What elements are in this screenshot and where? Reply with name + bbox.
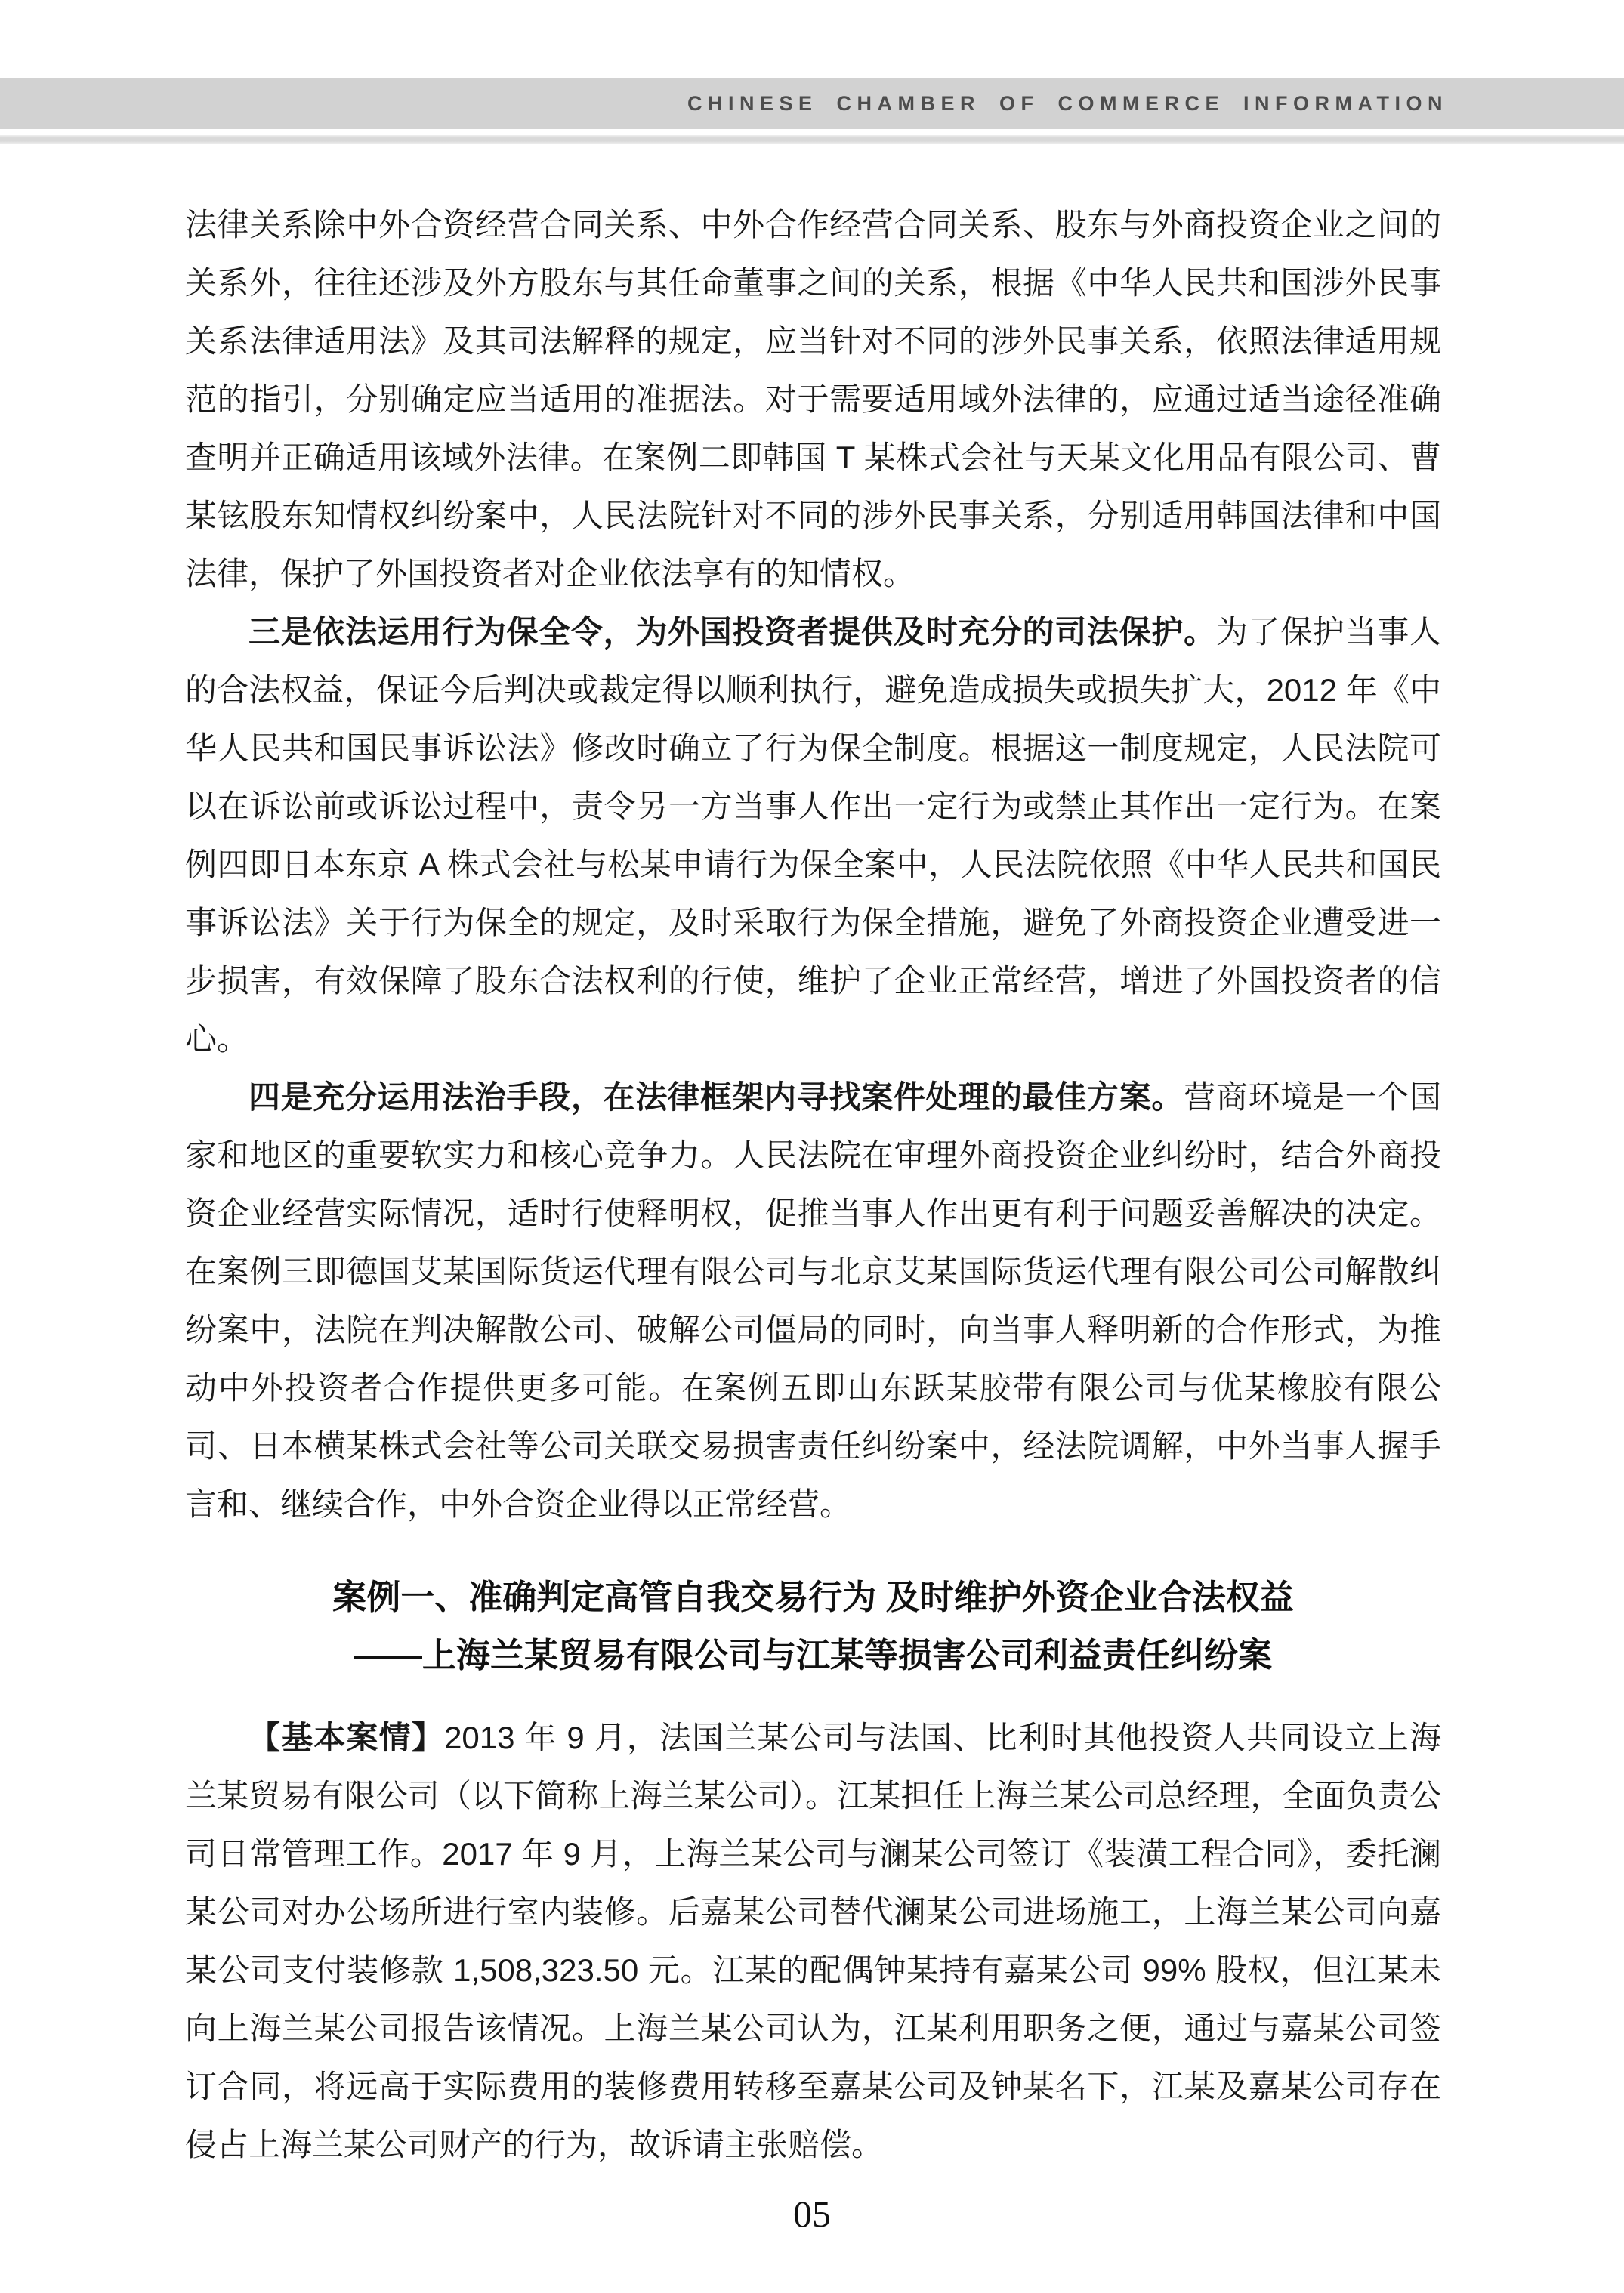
paragraph-4-text: 2013 年 9 月，法国兰某公司与法国、比利时其他投资人共同设立上海兰某贸易有… xyxy=(185,1720,1441,2162)
case-heading-line-2: ——上海兰某贸易有限公司与江某等损害公司利益责任纠纷案 xyxy=(185,1626,1441,1684)
paragraph-2: 三是依法运用行为保全令，为外国投资者提供及时充分的司法保护。为了保护当事人的合法… xyxy=(185,603,1441,1068)
case-heading: 案例一、准确判定高管自我交易行为 及时维护外资企业合法权益 ——上海兰某贸易有限… xyxy=(185,1568,1441,1684)
header-banner-underline xyxy=(0,135,1624,144)
header-banner-text: CHINESE CHAMBER OF COMMERCE INFORMATION xyxy=(687,92,1448,116)
paragraph-3-lead-bold: 四是充分运用法治手段，在法律框架内寻找案件处理的最佳方案。 xyxy=(249,1079,1184,1115)
paragraph-2-lead-bold: 三是依法运用行为保全令，为外国投资者提供及时充分的司法保护。 xyxy=(249,614,1216,650)
paragraph-2-text: 为了保护当事人的合法权益，保证今后判决或裁定得以顺利执行，避免造成损失或损失扩大… xyxy=(185,614,1441,1057)
paragraph-1: 法律关系除中外合资经营合同关系、中外合作经营合同关系、股东与外商投资企业之间的关… xyxy=(185,196,1441,603)
paragraph-3-text: 营商环境是一个国家和地区的重要软实力和核心竞争力。人民法院在审理外商投资企业纠纷… xyxy=(185,1079,1441,1522)
paragraph-4-lead-bold: 【基本案情】 xyxy=(249,1720,444,1755)
document-body: 法律关系除中外合资经营合同关系、中外合作经营合同关系、股东与外商投资企业之间的关… xyxy=(185,196,1441,2174)
paragraph-3: 四是充分运用法治手段，在法律框架内寻找案件处理的最佳方案。营商环境是一个国家和地… xyxy=(185,1068,1441,1533)
case-heading-line-1: 案例一、准确判定高管自我交易行为 及时维护外资企业合法权益 xyxy=(185,1568,1441,1626)
page-number: 05 xyxy=(0,2192,1624,2236)
paragraph-4: 【基本案情】2013 年 9 月，法国兰某公司与法国、比利时其他投资人共同设立上… xyxy=(185,1708,1441,2174)
paragraph-1-text: 法律关系除中外合资经营合同关系、中外合作经营合同关系、股东与外商投资企业之间的关… xyxy=(185,207,1441,591)
header-banner: CHINESE CHAMBER OF COMMERCE INFORMATION xyxy=(0,78,1624,129)
